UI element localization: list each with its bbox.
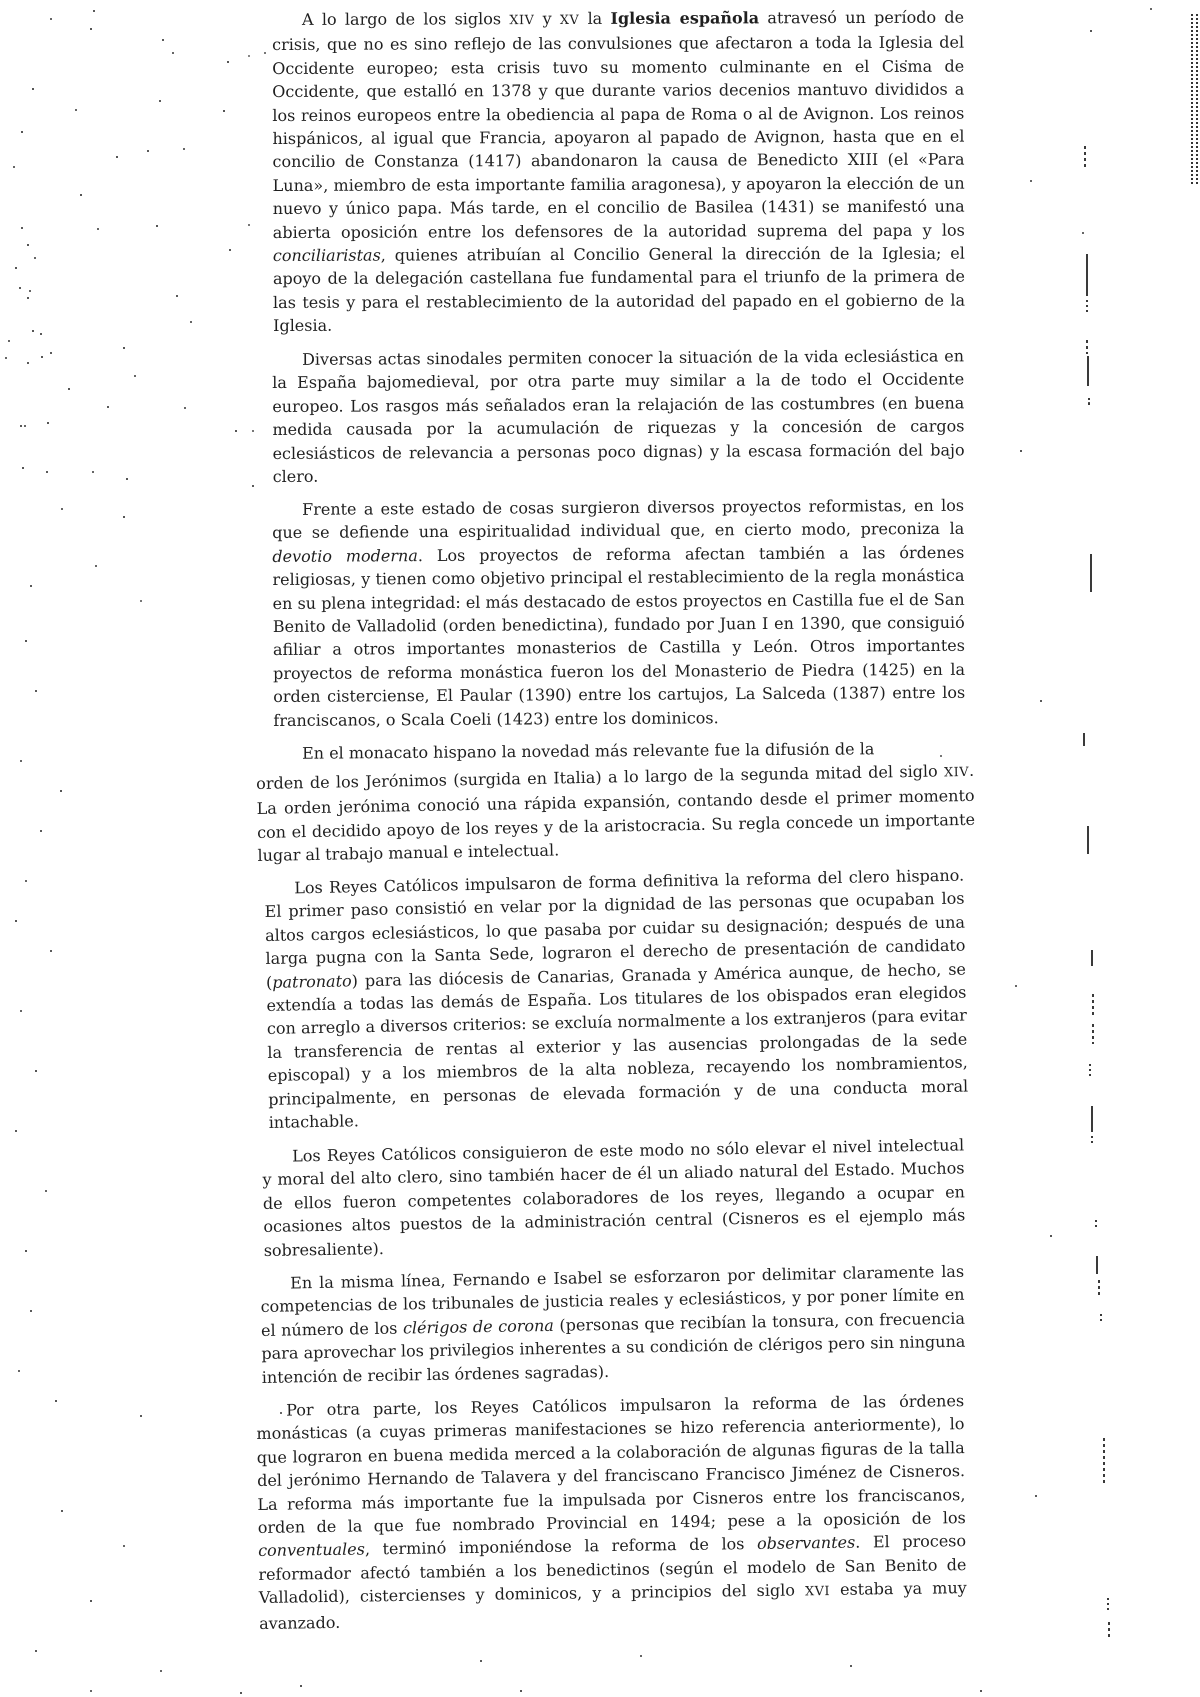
scan-mark (1089, 1064, 1091, 1077)
text-run: Los Reyes Católicos consiguieron de este… (262, 1135, 965, 1259)
scan-mark (1100, 1314, 1102, 1324)
text-run: clérigos de corona (403, 1315, 554, 1337)
scan-mark (1090, 554, 1092, 592)
scan-mark (1083, 733, 1085, 746)
scan-mark (1091, 1106, 1093, 1132)
paragraph-3: Frente a este estado de cosas surgieron … (272, 494, 965, 732)
scan-mark (1087, 356, 1089, 386)
text-run: . Los proyectos de reforma afectan tambi… (272, 543, 965, 730)
scan-mark (1095, 1220, 1097, 1230)
text-run: Diversas actas sinodales permiten conoce… (272, 346, 964, 486)
text-run: Frente a este estado de cosas surgieron … (272, 496, 964, 543)
paragraph-8: Por otra parte, los Reyes Católicos impu… (256, 1389, 967, 1635)
text-run: XIV (944, 765, 969, 780)
text-run: observantes (757, 1533, 855, 1553)
text-run: XIV (509, 13, 534, 28)
paragraph-4-continuation: orden de los Jerónimos (surgida en Itali… (256, 758, 976, 867)
text-run: Iglesia española (610, 8, 759, 28)
scan-mark (1096, 1256, 1098, 1274)
scan-mark (1087, 826, 1089, 854)
scan-mark (1086, 300, 1088, 312)
text-run: Por otra parte, los Reyes Católicos impu… (256, 1391, 966, 1537)
scan-mark (1092, 1024, 1094, 1044)
scan-mark (1091, 950, 1093, 966)
scan-mark (1098, 1280, 1100, 1296)
text-run: , terminó imponiéndose la reforma de los (365, 1534, 757, 1558)
paragraph-2: Diversas actas sinodales permiten conoce… (272, 344, 965, 488)
text-run: devotio moderna (272, 546, 418, 566)
scan-mark (1086, 254, 1088, 296)
text-run: En el monacato hispano la novedad más re… (302, 739, 874, 762)
text-run: y (534, 9, 560, 28)
scan-mark (1092, 994, 1094, 1018)
scan-edge-artifact (1196, 14, 1198, 186)
text-run: XV (560, 13, 579, 28)
paragraph-7: En la misma línea, Fernando e Isabel se … (260, 1259, 966, 1388)
paragraph-1: A lo largo de los siglos XIV y XV la Igl… (272, 6, 965, 338)
scan-mark (1084, 146, 1086, 168)
text-run: patronato (272, 971, 352, 992)
text-run: atravesó un período de crisis, que no es… (272, 8, 965, 242)
scan-mark (1086, 340, 1088, 354)
text-run: conventuales (258, 1540, 365, 1560)
text-block: A lo largo de los siglos XIV y XV la Igl… (272, 8, 964, 1645)
scan-mark (1091, 1136, 1093, 1144)
text-run: conciliaristas (273, 246, 381, 265)
scan-edge-artifact (1191, 14, 1193, 186)
scan-mark (1088, 398, 1090, 408)
paragraph-6: Los Reyes Católicos consiguieron de este… (262, 1133, 966, 1262)
scan-mark (1103, 1438, 1105, 1484)
text-run: XVI (805, 1584, 830, 1599)
text-run: ) para las diócesis de Canarias, Granada… (266, 959, 968, 1132)
text-run: A lo largo de los siglos (302, 9, 509, 29)
text-run: la (579, 9, 610, 28)
scan-mark (1108, 1622, 1110, 1640)
paragraph-5: Los Reyes Católicos impulsaron de forma … (264, 864, 969, 1135)
scanned-page: A lo largo de los siglos XIV y XV la Igl… (0, 0, 1200, 1697)
scan-mark (1107, 1598, 1109, 1612)
scan-noise-specks (0, 0, 2, 2)
